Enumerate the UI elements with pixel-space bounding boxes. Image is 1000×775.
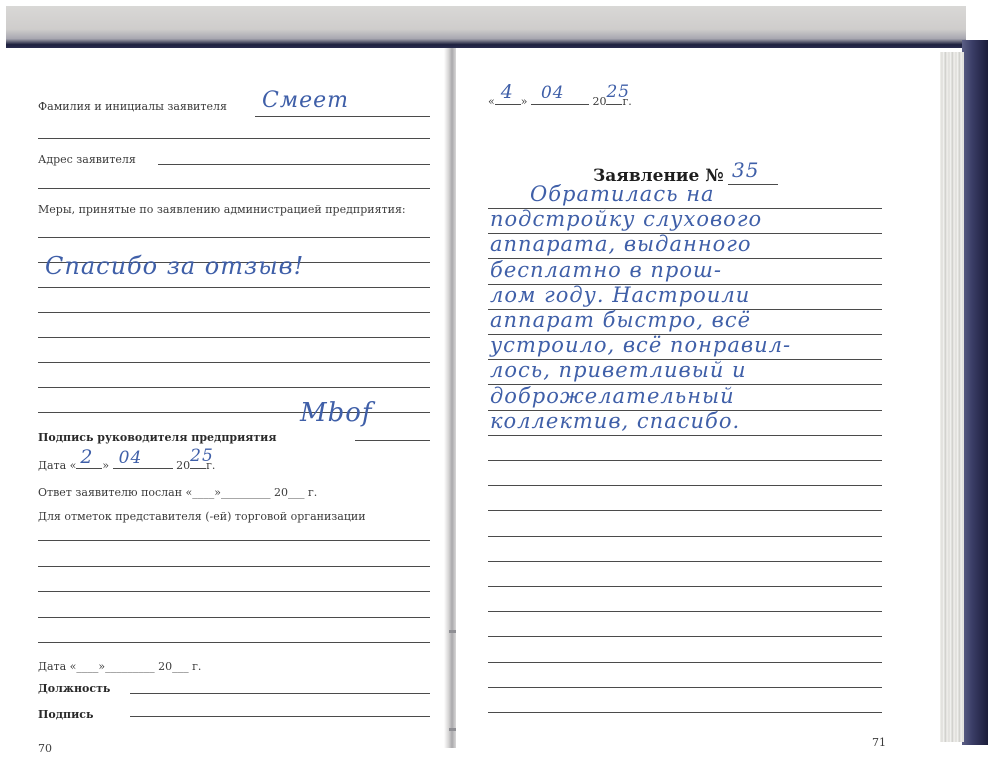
manager-signature-handwriting: Mbof (300, 398, 373, 428)
address-label: Адрес заявителя (38, 153, 136, 166)
form-line (38, 138, 430, 139)
statement-handwriting-line: коллектив, спасибо. (490, 409, 740, 433)
date-label: Дата (38, 459, 66, 472)
position-line (130, 693, 430, 694)
book-cover-top (6, 6, 966, 48)
ruled-line (488, 687, 882, 688)
statement-handwriting-line: лом году. Настроили (490, 283, 750, 307)
ruled-line (488, 586, 882, 587)
applicant-name-label: Фамилия и инициалы заявителя (38, 100, 227, 113)
ruled-line (38, 540, 430, 541)
manager-signature-label: Подпись руководителя предприятия (38, 431, 276, 444)
signature-label: Подпись (38, 708, 93, 721)
ruled-line (488, 561, 882, 562)
position-label: Должность (38, 682, 110, 695)
ruled-line (38, 287, 430, 288)
ruled-line (488, 435, 882, 436)
ruled-line (488, 510, 882, 511)
statement-handwriting-line: Обратилась на (530, 182, 715, 206)
ruled-line (38, 312, 430, 313)
date-month-handwriting: 04 (119, 448, 143, 468)
ruled-line (488, 636, 882, 637)
ruled-line (38, 387, 430, 388)
ruled-line (38, 337, 430, 338)
statement-handwriting-line: лось, приветливый и (490, 358, 747, 382)
book-cover-right (962, 40, 988, 745)
ruled-line (38, 566, 430, 567)
statement-handwriting-line: подстройку слухового (490, 207, 762, 231)
ruled-line (488, 460, 882, 461)
date-year-prefix: 20 (176, 459, 190, 472)
statement-handwriting-line: аппарат быстро, всё (490, 308, 751, 332)
ruled-line (488, 611, 882, 612)
statement-handwriting-line: доброжелательный (490, 384, 735, 408)
statement-date-row: «4» 04 2025г. (488, 94, 632, 108)
statement-date-day: 4 (501, 81, 514, 103)
address-line (158, 164, 430, 165)
ruled-line (488, 485, 882, 486)
statement-date-year-prefix: 20 (592, 95, 606, 108)
statement-date-month: 04 (541, 83, 565, 103)
measures-handwriting: Спасибо за отзыв! (45, 252, 304, 280)
ruled-line (38, 591, 430, 592)
page-number-left: 70 (38, 742, 52, 755)
ruled-line (488, 712, 882, 713)
ruled-line (488, 662, 882, 663)
date-day-handwriting: 2 (80, 446, 93, 468)
statement-handwriting-line: устроило, всё понравил- (490, 333, 791, 357)
ruled-line (38, 362, 430, 363)
applicant-name-line (255, 116, 430, 117)
signature-line (130, 716, 430, 717)
measures-label: Меры, принятые по заявлению администраци… (38, 203, 406, 216)
manager-date-row: Дата «2» 04 2025г. (38, 458, 215, 472)
statement-handwriting-line: бесплатно в прош- (490, 258, 722, 282)
reply-sent-label: Ответ заявителю послан «____»_________ 2… (38, 486, 317, 499)
manager-signature-line (355, 440, 430, 441)
applicant-name-handwriting: Смеет (262, 88, 349, 113)
ruled-line (488, 536, 882, 537)
ruled-line (38, 237, 430, 238)
date2-label: Дата «____»_________ 20___ г. (38, 660, 201, 673)
trade-org-label: Для отметок представителя (-ей) торговой… (38, 510, 366, 523)
form-line (38, 188, 430, 189)
date-year-handwriting: 25 (190, 446, 214, 466)
ruled-line (38, 642, 430, 643)
statement-handwriting-line: аппарата, выданного (490, 232, 752, 256)
statement-number-line (728, 184, 778, 185)
ruled-line (38, 617, 430, 618)
statement-date-year: 25 (606, 82, 630, 102)
statement-number-handwriting: 35 (732, 158, 759, 182)
page-number-right: 71 (872, 736, 886, 749)
page-edges (940, 52, 964, 742)
